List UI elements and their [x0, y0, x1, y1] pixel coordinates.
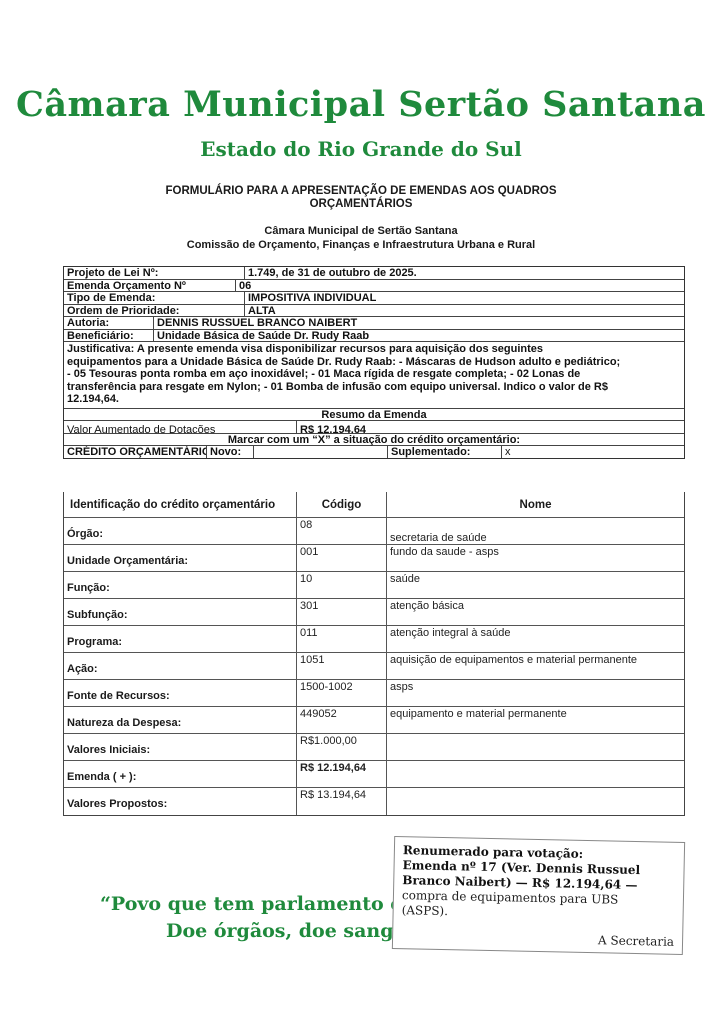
table-row: Valores Propostos: R$ 13.194,64	[64, 788, 684, 815]
row-credito: CRÉDITO ORÇAMENTÁRIO: Novo: Suplementado…	[64, 446, 684, 458]
row-emenda: Emenda Orçamento Nº 06	[64, 280, 684, 293]
row-name: equipamento e material permanente	[387, 707, 684, 733]
row-name: saúde	[387, 572, 684, 598]
row-tipo: Tipo de Emenda: IMPOSITIVA INDIVIDUAL	[64, 292, 684, 305]
table-row: Fonte de Recursos: 1500-1002 asps	[64, 680, 684, 707]
credit-instruction: Marcar com um “X” a situação do crédito …	[64, 434, 684, 447]
row-label: Ação:	[64, 653, 297, 679]
tipo-label: Tipo de Emenda:	[64, 292, 245, 304]
row-code: 08	[297, 518, 387, 544]
row-label: Fonte de Recursos:	[64, 680, 297, 706]
autoria-label: Autoria:	[64, 317, 154, 329]
suplementado-checkbox[interactable]: x	[502, 446, 684, 458]
form-title-line2: ORÇAMENTÁRIOS	[0, 198, 722, 211]
org-name: Câmara Municipal de Sertão Santana	[0, 225, 722, 238]
valor-value: R$ 12.194,64	[297, 421, 684, 433]
row-valor: Valor Aumentado de Dotações R$ 12.194,64	[64, 421, 684, 434]
column-header-code: Código	[297, 492, 387, 517]
novo-label: Novo:	[207, 446, 254, 458]
beneficiario-label: Beneficiário:	[64, 330, 154, 342]
summary-heading: Resumo da Emenda	[64, 409, 684, 422]
row-label: Função:	[64, 572, 297, 598]
table-row: Ação: 1051 aquisição de equipamentos e m…	[64, 653, 684, 680]
column-header-name: Nome	[387, 492, 684, 517]
chamber-title: Câmara Municipal Sertão Santana	[0, 84, 722, 126]
row-code: R$1.000,00	[297, 734, 387, 760]
table-row: Valores Iniciais: R$1.000,00	[64, 734, 684, 761]
projeto-value: 1.749, de 31 de outubro de 2025.	[245, 267, 684, 279]
motto-line1: “Povo que tem parlamento é u	[100, 893, 423, 915]
row-projeto: Projeto de Lei Nº: 1.749, de 31 de outub…	[64, 267, 684, 280]
justification-line: 12.194,64.	[67, 393, 681, 406]
row-label: Subfunção:	[64, 599, 297, 625]
table-row: Natureza da Despesa: 449052 equipamento …	[64, 707, 684, 734]
row-label: Programa:	[64, 626, 297, 652]
row-name: secretaria de saúde	[387, 518, 684, 544]
column-header-identification: Identificação do crédito orçamentário	[64, 492, 297, 517]
novo-checkbox[interactable]	[254, 446, 388, 458]
row-name	[387, 734, 684, 760]
row-code: R$ 12.194,64	[297, 761, 387, 787]
row-code: 1051	[297, 653, 387, 679]
row-code: 1500-1002	[297, 680, 387, 706]
row-code: 001	[297, 545, 387, 571]
row-code: 301	[297, 599, 387, 625]
projeto-label: Projeto de Lei Nº:	[64, 267, 245, 279]
beneficiario-value: Unidade Básica de Saúde Dr. Rudy Raab	[154, 330, 684, 342]
row-label: Valores Iniciais:	[64, 734, 297, 760]
row-name: atenção básica	[387, 599, 684, 625]
stamp-signature: A Secretaria	[598, 933, 674, 949]
suplementado-label: Suplementado:	[388, 446, 502, 458]
justification-line: - 05 Tesouras ponta romba em aço inoxidá…	[67, 368, 681, 381]
row-name	[387, 788, 684, 815]
row-code: 011	[297, 626, 387, 652]
tipo-value: IMPOSITIVA INDIVIDUAL	[245, 292, 684, 304]
row-label: Emenda ( + ):	[64, 761, 297, 787]
row-beneficiario: Beneficiário: Unidade Básica de Saúde Dr…	[64, 330, 684, 343]
valor-label: Valor Aumentado de Dotações	[64, 421, 297, 433]
row-name: asps	[387, 680, 684, 706]
amendment-info-table: Projeto de Lei Nº: 1.749, de 31 de outub…	[63, 266, 685, 459]
credito-label: CRÉDITO ORÇAMENTÁRIO:	[64, 446, 207, 458]
summary-heading-text: Resumo da Emenda	[321, 409, 426, 421]
row-label: Órgão:	[64, 518, 297, 544]
table-row: Emenda ( + ): R$ 12.194,64	[64, 761, 684, 788]
row-name: atenção integral à saúde	[387, 626, 684, 652]
table-row: Órgão: 08 secretaria de saúde	[64, 518, 684, 545]
table-row: Subfunção: 301 atenção básica	[64, 599, 684, 626]
row-code: R$ 13.194,64	[297, 788, 387, 815]
row-label: Valores Propostos:	[64, 788, 297, 815]
row-label: Unidade Orçamentária:	[64, 545, 297, 571]
credit-identification-table: Identificação do crédito orçamentário Có…	[63, 492, 685, 816]
state-subtitle: Estado do Rio Grande do Sul	[0, 137, 722, 161]
row-ordem: Ordem de Prioridade: ALTA	[64, 305, 684, 318]
form-title-line1: FORMULÁRIO PARA A APRESENTAÇÃO DE EMENDA…	[0, 185, 722, 198]
row-label: Natureza da Despesa:	[64, 707, 297, 733]
row-name: aquisição de equipamentos e material per…	[387, 653, 684, 679]
row-autoria: Autoria: DENNIS RUSSUEL BRANCO NAIBERT	[64, 317, 684, 330]
justification-line: equipamentos para a Unidade Básica de Sa…	[67, 356, 681, 369]
credit-instruction-text: Marcar com um “X” a situação do crédito …	[228, 434, 520, 446]
ordem-value: ALTA	[245, 305, 684, 317]
emenda-label: Emenda Orçamento Nº	[64, 280, 236, 292]
justification-line: Justificativa: A presente emenda visa di…	[67, 343, 681, 356]
table-row: Função: 10 saúde	[64, 572, 684, 599]
justification-line: transferência para resgate em Nylon; - 0…	[67, 381, 681, 394]
autoria-value: DENNIS RUSSUEL BRANCO NAIBERT	[154, 317, 684, 329]
row-code: 10	[297, 572, 387, 598]
commission-name: Comissão de Orçamento, Finanças e Infrae…	[0, 239, 722, 252]
justification-text: Justificativa: A presente emenda visa di…	[64, 342, 684, 409]
row-code: 449052	[297, 707, 387, 733]
ordem-label: Ordem de Prioridade:	[64, 305, 245, 317]
row-name	[387, 761, 684, 787]
renumbering-stamp: Renumerado para votação: Emenda nº 17 (V…	[392, 836, 685, 955]
table-row: Unidade Orçamentária: 001 fundo da saude…	[64, 545, 684, 572]
row-name: fundo da saude - asps	[387, 545, 684, 571]
emenda-value: 06	[236, 280, 684, 292]
table-row: Programa: 011 atenção integral à saúde	[64, 626, 684, 653]
table-header: Identificação do crédito orçamentário Có…	[64, 492, 684, 518]
